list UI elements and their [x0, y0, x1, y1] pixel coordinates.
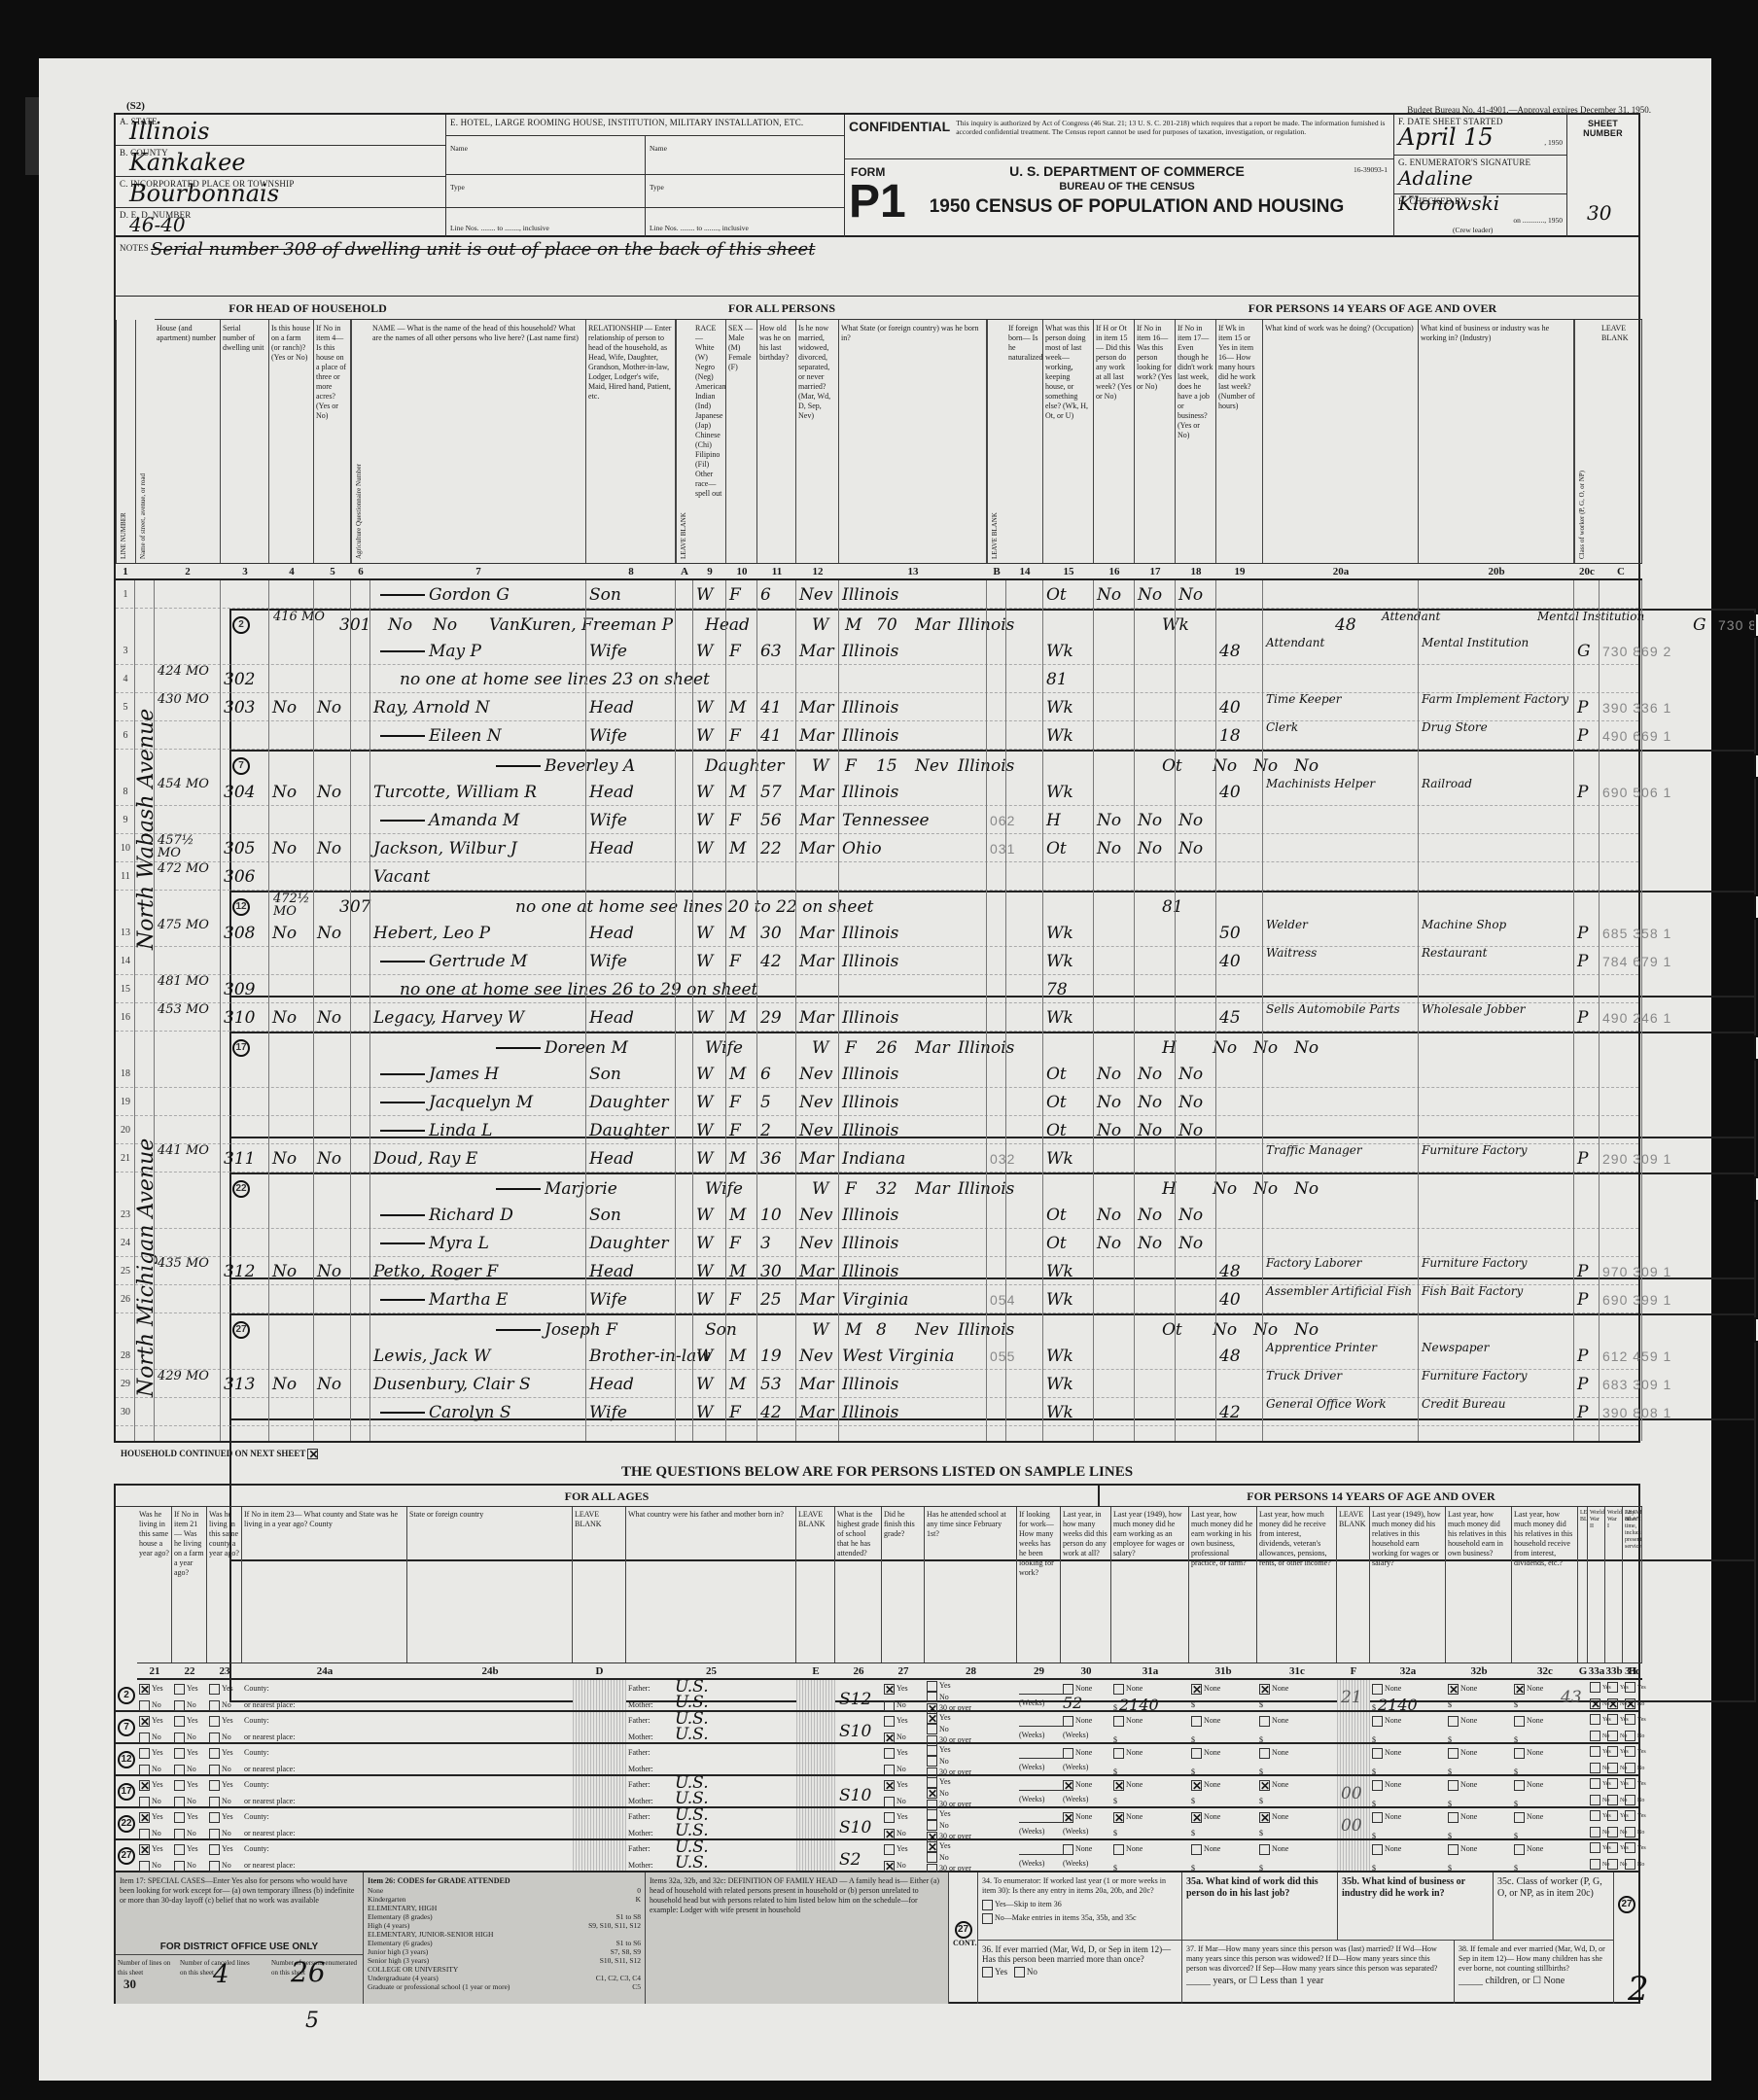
q33c-yes[interactable]: Yes [1625, 1808, 1644, 1825]
checkbox[interactable] [927, 1756, 937, 1767]
checkbox[interactable]: ✕ [927, 1841, 937, 1852]
q33b-no[interactable]: No [1607, 1793, 1625, 1809]
q28-option[interactable]: No [927, 1692, 1019, 1703]
q31c-none[interactable]: None [1259, 1840, 1339, 1857]
q30-none[interactable]: ✕None [1063, 1808, 1113, 1825]
q33b-yes[interactable]: Yes [1607, 1808, 1625, 1825]
q33a-yes[interactable]: Yes [1590, 1840, 1607, 1857]
q32b-none[interactable]: None [1448, 1744, 1514, 1761]
q36-yes-checkbox[interactable] [982, 1967, 993, 1977]
q32c-none[interactable]: None [1514, 1744, 1580, 1761]
checkbox[interactable] [1607, 1731, 1618, 1741]
q33a-no[interactable]: No [1590, 1761, 1607, 1777]
checkbox[interactable] [139, 1700, 150, 1711]
q31c-amount[interactable]: $ [1259, 1793, 1339, 1809]
checkbox[interactable] [139, 1797, 150, 1807]
q28-option[interactable]: No [927, 1724, 1019, 1735]
q25-parents[interactable]: Father:Mother: [628, 1712, 798, 1745]
q31c-none[interactable]: None [1259, 1744, 1339, 1761]
q33a-yes[interactable]: Yes [1590, 1680, 1607, 1697]
q32c-none[interactable]: None [1514, 1776, 1580, 1793]
q28-option[interactable]: No [927, 1852, 1019, 1864]
q27-no[interactable]: No [884, 1697, 927, 1713]
checkbox[interactable] [139, 1732, 150, 1743]
q28-option[interactable]: ✕Yes [927, 1840, 1019, 1852]
q33a-yes[interactable]: Yes [1590, 1712, 1607, 1729]
checkbox[interactable] [1372, 1716, 1383, 1727]
checkbox[interactable] [1625, 1795, 1635, 1805]
q31b-none[interactable]: ✕None [1191, 1776, 1259, 1793]
q32b-none[interactable]: None [1448, 1840, 1514, 1857]
checkbox[interactable]: ✕ [1113, 1812, 1124, 1823]
q32a-none[interactable]: None [1372, 1776, 1448, 1793]
q33c-no[interactable]: No [1625, 1793, 1644, 1809]
checkbox[interactable] [1590, 1859, 1600, 1870]
q33a-no[interactable]: No [1590, 1729, 1607, 1745]
q21-yes[interactable]: ✕Yes [139, 1680, 174, 1697]
q32b-none[interactable]: None [1448, 1776, 1514, 1793]
q33b-no[interactable]: No [1607, 1729, 1625, 1745]
q31b-amount[interactable]: $ [1191, 1697, 1259, 1713]
q33c-no[interactable]: No [1625, 1729, 1644, 1745]
checkbox[interactable]: ✕ [1113, 1780, 1124, 1791]
q23-yes[interactable]: Yes [209, 1776, 244, 1793]
checkbox[interactable]: ✕ [1590, 1698, 1600, 1709]
checkbox[interactable] [927, 1745, 937, 1756]
checkbox[interactable]: ✕ [1259, 1684, 1270, 1695]
checkbox[interactable] [1448, 1780, 1459, 1791]
checkbox[interactable] [1113, 1684, 1124, 1695]
q29-weeks[interactable]: (Weeks) [1019, 1790, 1063, 1807]
checkbox[interactable] [1590, 1795, 1600, 1805]
checkbox[interactable] [174, 1684, 185, 1695]
checkbox[interactable] [1625, 1859, 1635, 1870]
q24a-county[interactable]: County:or nearest place: [244, 1712, 409, 1745]
q30-none[interactable]: None [1063, 1680, 1113, 1697]
q32b-none[interactable]: ✕None [1448, 1680, 1514, 1697]
checkbox[interactable] [927, 1724, 937, 1734]
checkbox[interactable] [1590, 1682, 1600, 1693]
q21-no[interactable]: No [139, 1825, 174, 1841]
checkbox[interactable]: ✕ [1191, 1812, 1202, 1823]
q23-yes[interactable]: Yes [209, 1808, 244, 1825]
checkbox[interactable] [1625, 1731, 1635, 1741]
checkbox[interactable]: ✕ [1191, 1780, 1202, 1791]
checkbox[interactable] [1590, 1827, 1600, 1837]
checkbox[interactable] [1607, 1859, 1618, 1870]
q30-none[interactable]: ✕None [1063, 1776, 1113, 1793]
q30-none[interactable]: None [1063, 1744, 1113, 1761]
q28-option[interactable]: No [927, 1756, 1019, 1767]
checkbox[interactable] [1607, 1795, 1618, 1805]
q28-option[interactable]: No [927, 1820, 1019, 1832]
q25-parents[interactable]: Father:Mother: [628, 1840, 798, 1873]
checkbox[interactable]: ✕ [884, 1861, 895, 1872]
checkbox[interactable] [927, 1692, 937, 1702]
checkbox[interactable]: ✕ [139, 1844, 150, 1855]
q23-no[interactable]: No [209, 1697, 244, 1713]
q25-parents[interactable]: Father:Mother: [628, 1680, 798, 1713]
q31c-none[interactable]: ✕None [1259, 1808, 1339, 1825]
q31b-none[interactable]: None [1191, 1744, 1259, 1761]
checkbox[interactable] [1063, 1748, 1073, 1759]
q28-option[interactable]: Yes [927, 1744, 1019, 1756]
checkbox[interactable]: ✕ [927, 1713, 937, 1724]
q23-yes[interactable]: Yes [209, 1712, 244, 1729]
q31c-none[interactable]: None [1259, 1712, 1339, 1729]
q32c-none[interactable]: None [1514, 1808, 1580, 1825]
checkbox[interactable] [139, 1829, 150, 1839]
q30-none[interactable]: None [1063, 1712, 1113, 1729]
q31a-none[interactable]: ✕None [1113, 1808, 1191, 1825]
checkbox[interactable] [209, 1700, 220, 1711]
q23-no[interactable]: No [209, 1729, 244, 1745]
checkbox[interactable]: ✕ [139, 1780, 150, 1791]
q24a-county[interactable]: County:or nearest place: [244, 1744, 409, 1777]
checkbox[interactable] [209, 1765, 220, 1775]
q33b-yes[interactable]: Yes [1607, 1840, 1625, 1857]
checkbox[interactable] [1590, 1842, 1600, 1853]
checkbox[interactable] [1590, 1763, 1600, 1773]
q34-no-checkbox[interactable] [982, 1913, 993, 1924]
q32b-none[interactable]: None [1448, 1712, 1514, 1729]
checkbox[interactable] [174, 1748, 185, 1759]
checkbox[interactable] [1259, 1748, 1270, 1759]
checkbox[interactable]: ✕ [1259, 1780, 1270, 1791]
q27-no[interactable]: No [884, 1793, 927, 1809]
checkbox[interactable] [1372, 1812, 1383, 1823]
q33c-yes[interactable]: Yes [1625, 1840, 1644, 1857]
checkbox[interactable] [1607, 1810, 1618, 1821]
checkbox[interactable] [1590, 1714, 1600, 1725]
checkbox[interactable] [884, 1700, 895, 1711]
q33c-no[interactable]: No [1625, 1761, 1644, 1777]
q27-yes[interactable]: ✕Yes [884, 1776, 927, 1793]
q32a-none[interactable]: None [1372, 1840, 1448, 1857]
checkbox[interactable]: ✕ [884, 1732, 895, 1743]
q33a-no[interactable]: No [1590, 1793, 1607, 1809]
checkbox[interactable] [1625, 1842, 1635, 1853]
q33a-no[interactable]: ✕No [1590, 1697, 1607, 1713]
q33c-no[interactable]: No [1625, 1825, 1644, 1841]
checkbox[interactable] [927, 1809, 937, 1820]
checkbox[interactable] [139, 1765, 150, 1775]
q23-yes[interactable]: Yes [209, 1680, 244, 1697]
checkbox[interactable] [1625, 1778, 1635, 1789]
q21-no[interactable]: No [139, 1761, 174, 1777]
q22-yes[interactable]: Yes [174, 1808, 209, 1825]
q21-no[interactable]: No [139, 1697, 174, 1713]
checkbox[interactable] [1625, 1827, 1635, 1837]
q23-no[interactable]: No [209, 1793, 244, 1809]
q34-yes-checkbox[interactable] [982, 1900, 993, 1910]
checkbox[interactable]: ✕ [139, 1716, 150, 1727]
checkbox[interactable] [1113, 1748, 1124, 1759]
q31a-amount[interactable]: $ [1113, 1793, 1191, 1809]
checkbox[interactable] [139, 1861, 150, 1872]
q32b-none[interactable]: None [1448, 1808, 1514, 1825]
checkbox[interactable]: ✕ [1448, 1684, 1459, 1695]
q33c-yes[interactable]: Yes [1625, 1744, 1644, 1761]
q33b-yes[interactable]: Yes [1607, 1712, 1625, 1729]
checkbox[interactable] [1191, 1716, 1202, 1727]
q27-no[interactable]: No [884, 1761, 927, 1777]
checkbox[interactable] [174, 1812, 185, 1823]
checkbox[interactable] [1514, 1716, 1525, 1727]
q28-option[interactable]: Yes [927, 1680, 1019, 1692]
checkbox[interactable] [174, 1765, 185, 1775]
q27-no[interactable]: ✕No [884, 1729, 927, 1745]
checkbox[interactable] [174, 1700, 185, 1711]
q27-yes[interactable]: Yes [884, 1808, 927, 1825]
q21-no[interactable]: No [139, 1793, 174, 1809]
q24a-county[interactable]: County:or nearest place: [244, 1776, 409, 1809]
checkbox[interactable] [1607, 1714, 1618, 1725]
checkbox[interactable] [1590, 1731, 1600, 1741]
q33b-yes[interactable]: Yes [1607, 1744, 1625, 1761]
q22-no[interactable]: No [174, 1857, 209, 1873]
checkbox[interactable] [1607, 1763, 1618, 1773]
q21-yes[interactable]: ✕Yes [139, 1712, 174, 1729]
q31b-none[interactable]: None [1191, 1840, 1259, 1857]
q23-no[interactable]: No [209, 1857, 244, 1873]
checkbox[interactable] [927, 1777, 937, 1788]
checkbox[interactable] [209, 1829, 220, 1839]
q27-yes[interactable]: Yes [884, 1712, 927, 1729]
checkbox[interactable] [1625, 1714, 1635, 1725]
checkbox[interactable] [1259, 1844, 1270, 1855]
checkbox[interactable] [174, 1716, 185, 1727]
checkbox[interactable] [1514, 1748, 1525, 1759]
q33a-yes[interactable]: Yes [1590, 1776, 1607, 1793]
checkbox[interactable] [1063, 1684, 1073, 1695]
checkbox[interactable] [209, 1732, 220, 1743]
q22-no[interactable]: No [174, 1761, 209, 1777]
checkbox[interactable] [1590, 1810, 1600, 1821]
q33c-no[interactable]: ✕No [1625, 1697, 1644, 1713]
checkbox[interactable] [209, 1797, 220, 1807]
checkbox[interactable] [209, 1812, 220, 1823]
checkbox[interactable] [1607, 1682, 1618, 1693]
checkbox[interactable]: ✕ [884, 1684, 895, 1695]
checkbox[interactable]: ✕ [884, 1780, 895, 1791]
q31b-amount[interactable]: $ [1191, 1793, 1259, 1809]
q38-answer[interactable]: _____ children, or ☐ None [1459, 1977, 1609, 1986]
checkbox[interactable] [139, 1748, 150, 1759]
q21-yes[interactable]: ✕Yes [139, 1840, 174, 1857]
q32a-none[interactable]: None [1372, 1680, 1448, 1697]
checkbox[interactable]: ✕ [884, 1829, 895, 1839]
q22-yes[interactable]: Yes [174, 1744, 209, 1761]
checkbox[interactable]: ✕ [1514, 1684, 1525, 1695]
q29-weeks[interactable]: (Weeks) [1019, 1758, 1063, 1775]
q31c-amount[interactable]: $ [1259, 1825, 1339, 1841]
q27-no[interactable]: ✕No [884, 1825, 927, 1841]
q27-no[interactable]: ✕No [884, 1857, 927, 1873]
checkbox[interactable] [174, 1780, 185, 1791]
q33b-no[interactable]: ✕No [1607, 1697, 1625, 1713]
q25-parents[interactable]: Father:Mother: [628, 1808, 798, 1841]
checkbox[interactable] [174, 1732, 185, 1743]
q31a-amount[interactable]: $ [1113, 1825, 1191, 1841]
checkbox[interactable] [927, 1681, 937, 1692]
checkbox[interactable] [1372, 1748, 1383, 1759]
checkbox[interactable] [1514, 1780, 1525, 1791]
q21-yes[interactable]: ✕Yes [139, 1808, 174, 1825]
q31c-amount[interactable]: $ [1259, 1697, 1339, 1713]
checkbox[interactable] [1372, 1684, 1383, 1695]
q30-none[interactable]: None [1063, 1840, 1113, 1857]
q33c-yes[interactable]: Yes [1625, 1776, 1644, 1793]
checkbox[interactable] [1113, 1716, 1124, 1727]
q32a-none[interactable]: None [1372, 1744, 1448, 1761]
q31a-none[interactable]: ✕None [1113, 1776, 1191, 1793]
checkbox[interactable] [1607, 1778, 1618, 1789]
q32c-none[interactable]: None [1514, 1840, 1580, 1857]
checkbox[interactable]: ✕ [1607, 1698, 1618, 1709]
checkbox[interactable] [1063, 1844, 1073, 1855]
checkbox[interactable] [1448, 1748, 1459, 1759]
q27-yes[interactable]: Yes [884, 1840, 927, 1857]
checkbox[interactable] [209, 1861, 220, 1872]
q32a-none[interactable]: None [1372, 1712, 1448, 1729]
q31b-none[interactable]: ✕None [1191, 1680, 1259, 1697]
q22-no[interactable]: No [174, 1793, 209, 1809]
q28-option[interactable]: ✕No [927, 1788, 1019, 1800]
q33c-no[interactable]: No [1625, 1857, 1644, 1873]
q24a-county[interactable]: County:or nearest place: [244, 1680, 409, 1713]
checkbox[interactable] [1259, 1716, 1270, 1727]
checkbox[interactable] [209, 1684, 220, 1695]
q22-yes[interactable]: Yes [174, 1712, 209, 1729]
q33b-yes[interactable]: Yes [1607, 1680, 1625, 1697]
checkbox[interactable] [1448, 1812, 1459, 1823]
q22-no[interactable]: No [174, 1729, 209, 1745]
q32c-none[interactable]: None [1514, 1712, 1580, 1729]
q33c-yes[interactable]: Yes [1625, 1680, 1644, 1697]
q32b-amount[interactable]: $ [1448, 1697, 1514, 1713]
q33a-no[interactable]: No [1590, 1857, 1607, 1873]
q21-no[interactable]: No [139, 1729, 174, 1745]
checkbox[interactable] [209, 1716, 220, 1727]
q31a-none[interactable]: None [1113, 1840, 1191, 1857]
q25-parents[interactable]: Father:Mother: [628, 1776, 798, 1809]
checkbox[interactable] [209, 1780, 220, 1791]
checkbox[interactable] [1514, 1812, 1525, 1823]
q33a-yes[interactable]: Yes [1590, 1744, 1607, 1761]
q28-option[interactable]: ✕Yes [927, 1712, 1019, 1724]
q22-no[interactable]: No [174, 1697, 209, 1713]
q22-yes[interactable]: Yes [174, 1776, 209, 1793]
checkbox[interactable] [1590, 1746, 1600, 1757]
q31c-none[interactable]: ✕None [1259, 1776, 1339, 1793]
checkbox[interactable] [884, 1716, 895, 1727]
q33b-no[interactable]: No [1607, 1825, 1625, 1841]
q37-answer[interactable]: _____ years, or ☐ Less than 1 year [1186, 1977, 1450, 1986]
checkbox[interactable] [1590, 1778, 1600, 1789]
q33b-no[interactable]: No [1607, 1857, 1625, 1873]
q23-yes[interactable]: Yes [209, 1840, 244, 1857]
q21-yes[interactable]: Yes [139, 1744, 174, 1761]
q23-no[interactable]: No [209, 1761, 244, 1777]
q31b-none[interactable]: None [1191, 1712, 1259, 1729]
checkbox[interactable]: ✕ [139, 1812, 150, 1823]
checkbox[interactable] [884, 1765, 895, 1775]
checkbox[interactable] [1191, 1844, 1202, 1855]
checkbox[interactable] [209, 1748, 220, 1759]
checkbox[interactable] [884, 1812, 895, 1823]
q29-weeks[interactable]: (Weeks) [1019, 1694, 1063, 1711]
checkbox[interactable]: ✕ [1625, 1698, 1635, 1709]
checkbox[interactable]: ✕ [1259, 1812, 1270, 1823]
q23-yes[interactable]: Yes [209, 1744, 244, 1761]
q21-no[interactable]: No [139, 1857, 174, 1873]
checkbox[interactable] [1607, 1842, 1618, 1853]
checkbox[interactable] [1625, 1763, 1635, 1773]
checkbox[interactable]: ✕ [927, 1788, 937, 1799]
checkbox[interactable] [1514, 1844, 1525, 1855]
q36-no-checkbox[interactable] [1014, 1967, 1025, 1977]
q31a-none[interactable]: None [1113, 1712, 1191, 1729]
q22-yes[interactable]: Yes [174, 1680, 209, 1697]
checkbox[interactable]: ✕ [1063, 1780, 1073, 1791]
q24a-county[interactable]: County:or nearest place: [244, 1840, 409, 1873]
checkbox[interactable] [1448, 1844, 1459, 1855]
q22-no[interactable]: No [174, 1825, 209, 1841]
q31b-none[interactable]: ✕None [1191, 1808, 1259, 1825]
q27-yes[interactable]: ✕Yes [884, 1680, 927, 1697]
q33c-yes[interactable]: Yes [1625, 1712, 1644, 1729]
checkbox[interactable]: ✕ [1063, 1812, 1073, 1823]
checkbox[interactable] [884, 1844, 895, 1855]
q21-yes[interactable]: ✕Yes [139, 1776, 174, 1793]
q28-option[interactable]: Yes [927, 1776, 1019, 1788]
checkbox[interactable] [927, 1852, 937, 1863]
q31b-amount[interactable]: $ [1191, 1825, 1259, 1841]
checkbox[interactable] [1448, 1716, 1459, 1727]
q33b-yes[interactable]: Yes [1607, 1776, 1625, 1793]
q33a-no[interactable]: No [1590, 1825, 1607, 1841]
checkbox[interactable] [927, 1820, 937, 1831]
checkbox[interactable] [174, 1797, 185, 1807]
checkbox[interactable]: ✕ [1191, 1684, 1202, 1695]
checkbox[interactable] [174, 1829, 185, 1839]
checkbox[interactable] [1063, 1716, 1073, 1727]
checkbox[interactable] [1372, 1780, 1383, 1791]
q23-no[interactable]: No [209, 1825, 244, 1841]
q31c-none[interactable]: ✕None [1259, 1680, 1339, 1697]
q24a-county[interactable]: County:or nearest place: [244, 1808, 409, 1841]
checkbox[interactable]: ✕ [139, 1684, 150, 1695]
q25-parents[interactable]: Father:Mother: [628, 1744, 798, 1777]
checkbox[interactable] [884, 1797, 895, 1807]
q29-weeks[interactable]: (Weeks) [1019, 1854, 1063, 1872]
q31a-none[interactable]: None [1113, 1744, 1191, 1761]
household-continued-checkbox[interactable]: ✕ [307, 1449, 318, 1459]
q33a-yes[interactable]: Yes [1590, 1808, 1607, 1825]
checkbox[interactable] [174, 1861, 185, 1872]
q22-yes[interactable]: Yes [174, 1840, 209, 1857]
checkbox[interactable] [1191, 1748, 1202, 1759]
checkbox[interactable] [1625, 1746, 1635, 1757]
q33b-no[interactable]: No [1607, 1761, 1625, 1777]
checkbox[interactable] [174, 1844, 185, 1855]
checkbox[interactable] [1625, 1810, 1635, 1821]
q27-yes[interactable]: Yes [884, 1744, 927, 1761]
checkbox[interactable] [1625, 1682, 1635, 1693]
q29-weeks[interactable]: (Weeks) [1019, 1726, 1063, 1743]
q29-weeks[interactable]: (Weeks) [1019, 1822, 1063, 1839]
